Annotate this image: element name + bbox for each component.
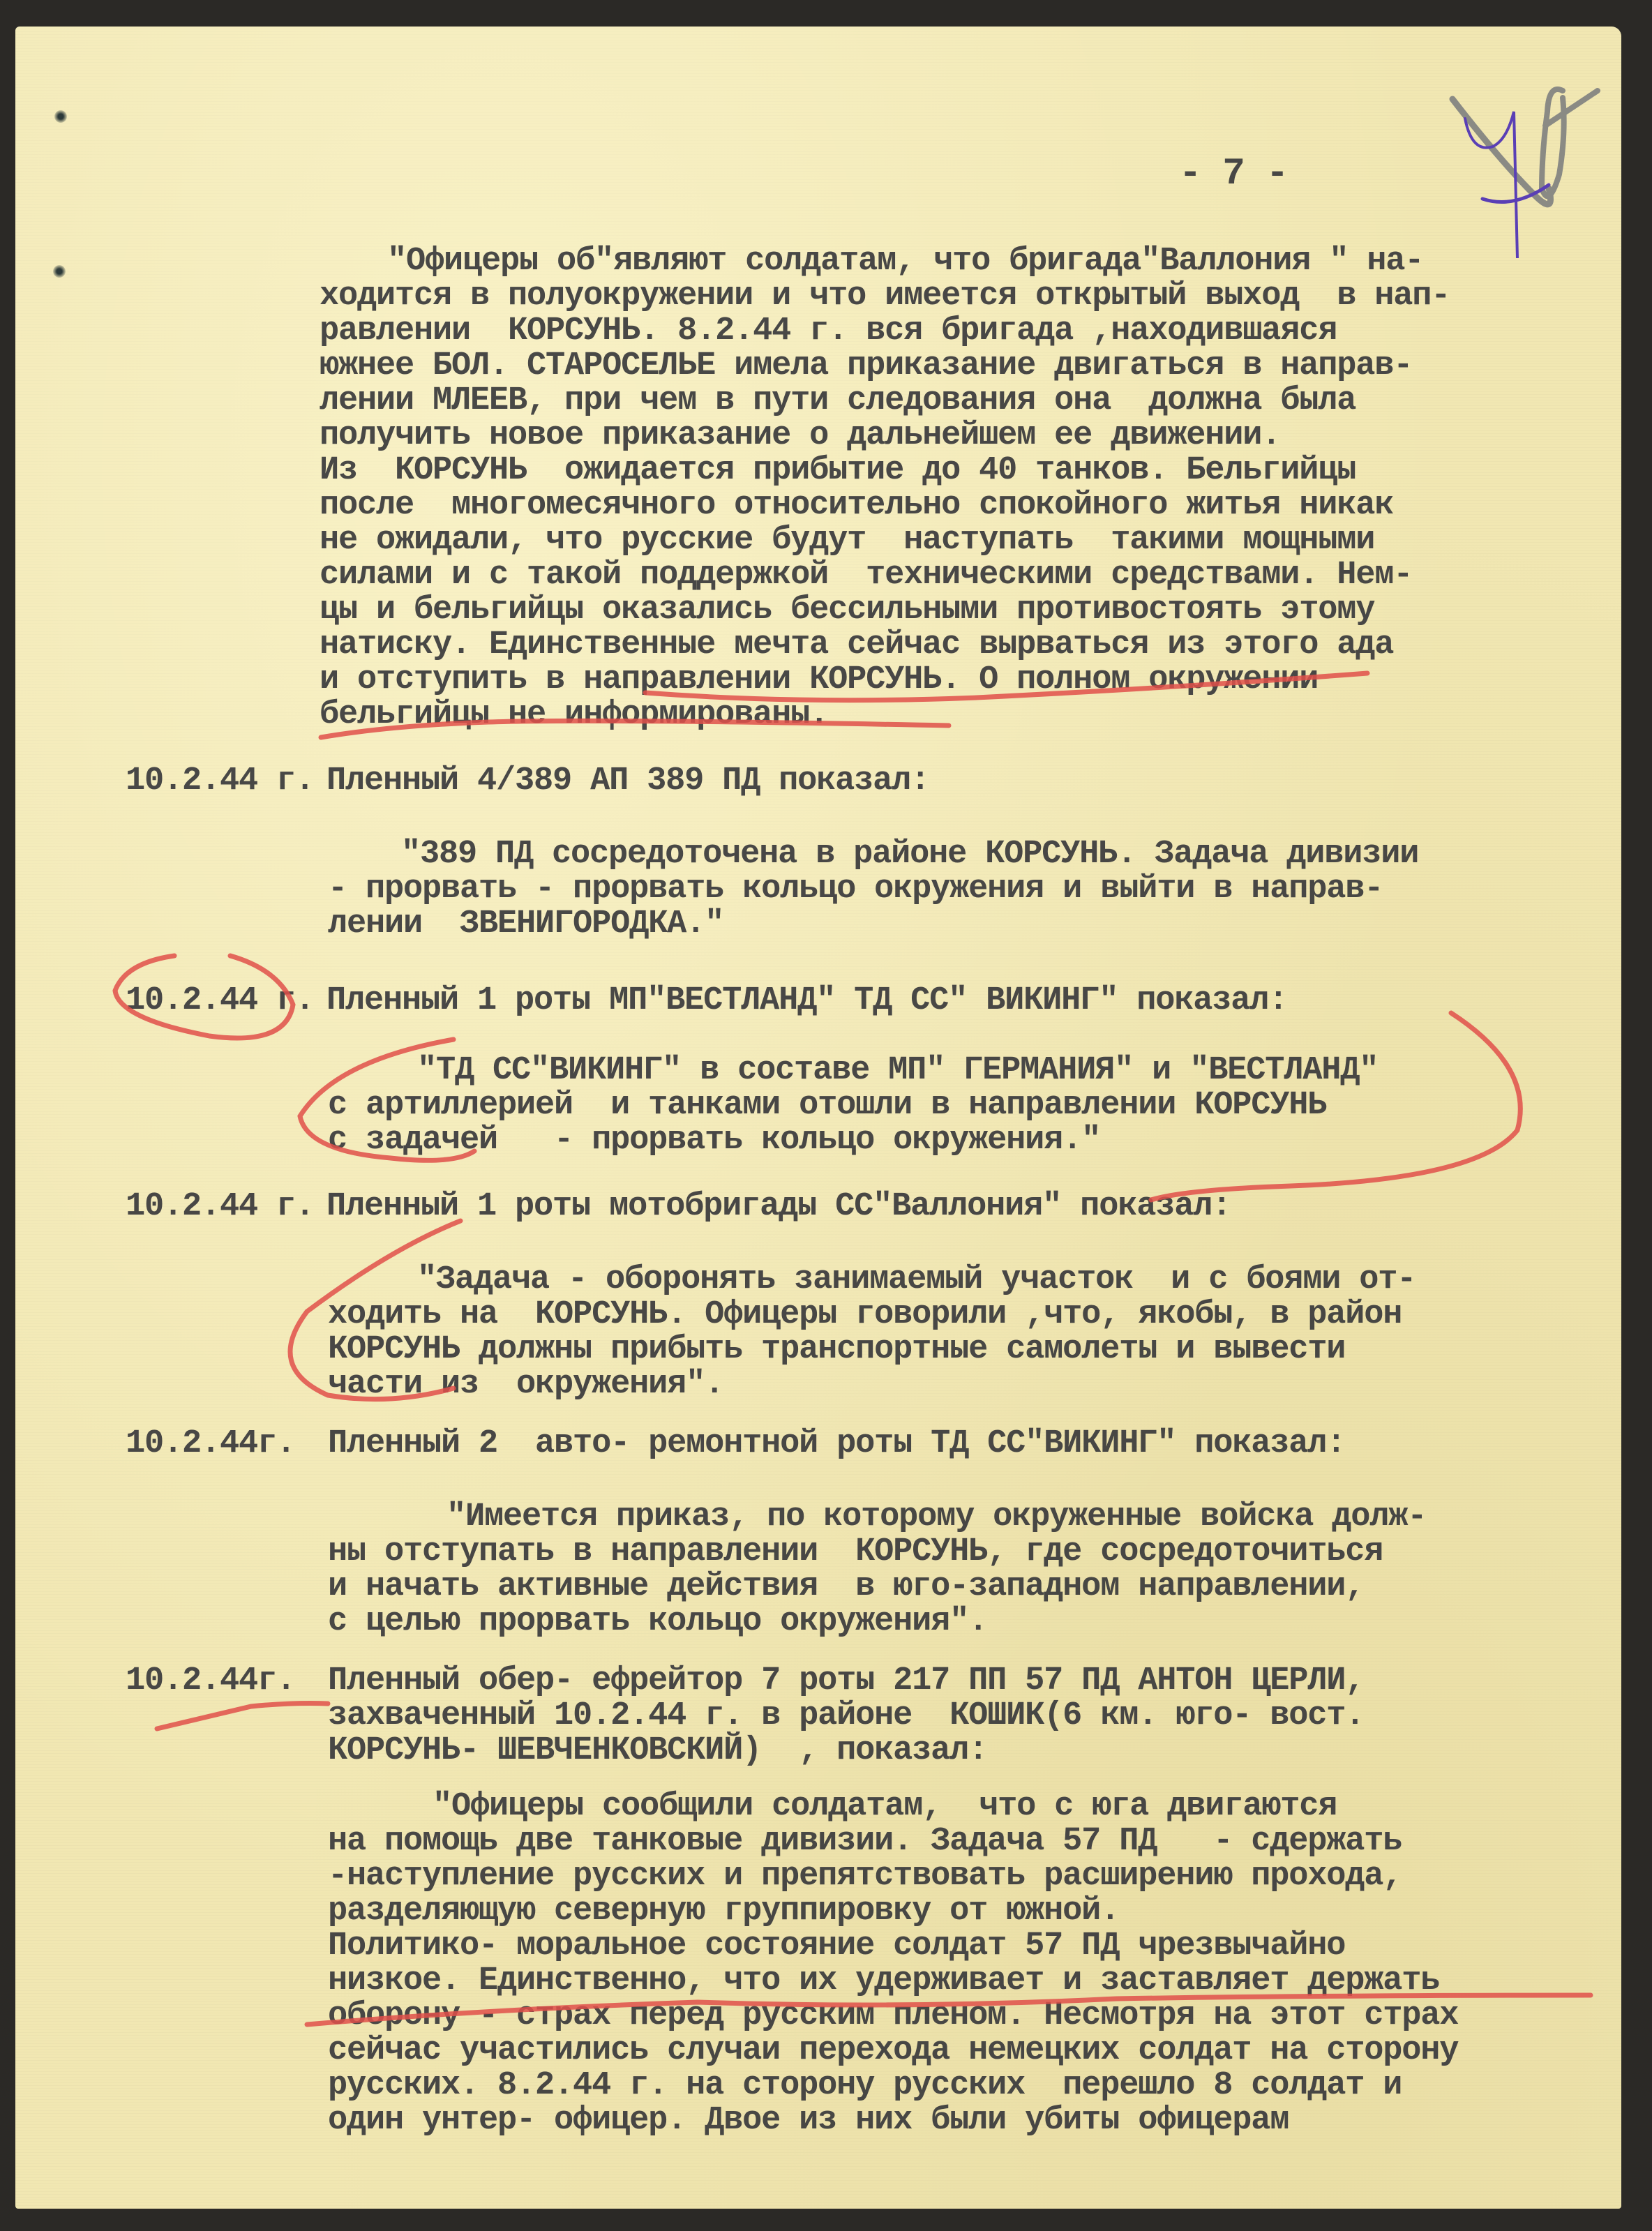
quote-line: оборону - страх перед русским пленом. Не… <box>328 1999 1458 2033</box>
entry-date: 10.2.44 г. <box>126 984 314 1018</box>
entry-date: 10.2.44 г. <box>126 764 314 798</box>
entry-date: 10.2.44 г. <box>126 1189 314 1224</box>
quote-line: "389 ПД сосредоточена в районе КОРСУНЬ. … <box>401 837 1418 871</box>
intro-line: и отступить в направлении КОРСУНЬ. О пол… <box>320 663 1318 697</box>
entry-header-line: захваченный 10.2.44 г. в районе КОШИК(6 … <box>328 1699 1364 1733</box>
quote-line: ны отступать в направлении КОРСУНЬ, где … <box>328 1535 1383 1569</box>
entry-header: Пленный 2 авто- ремонтной роты ТД СС"ВИК… <box>328 1427 1345 1461</box>
quote-line: "Офицеры сообщили солдатам, что с юга дв… <box>433 1789 1337 1824</box>
intro-line: лении МЛЕЕВ, при чем в пути следования о… <box>320 384 1356 418</box>
quote-line: КОРСУНЬ должны прибыть транспортные само… <box>328 1332 1345 1367</box>
quote-line: разделяющую северную группировку от южно… <box>328 1894 1119 1928</box>
intro-line: бельгийцы не информированы. <box>320 698 828 732</box>
intro-line: Из КОРСУНЬ ожидается прибытие до 40 танк… <box>320 453 1356 488</box>
quote-line: с целью прорвать кольцо окружения". <box>328 1605 987 1639</box>
punch-hole-middle <box>53 265 66 278</box>
intro-line: получить новое приказание о дальнейшем е… <box>320 419 1280 453</box>
entry-header: Пленный 4/389 АП 389 ПД показал: <box>326 764 929 798</box>
entry-header-line: КОРСУНЬ- ШЕВЧЕНКОВСКИЙ) , показал: <box>328 1734 987 1768</box>
intro-line: южнее БОЛ. СТАРОСЕЛЬЕ имела приказание д… <box>320 349 1412 383</box>
intro-line: равлении КОРСУНЬ. 8.2.44 г. вся бригада … <box>320 314 1337 348</box>
entry-header: Пленный 1 роты МП"ВЕСТЛАНД" ТД СС" ВИКИН… <box>326 984 1287 1018</box>
quote-line: "ТД СС"ВИКИНГ" в составе МП" ГЕРМАНИЯ" и… <box>417 1053 1378 1088</box>
quote-line: сейчас участились случаи перехода немецк… <box>328 2034 1458 2068</box>
entry-date: 10.2.44г. <box>126 1427 295 1461</box>
quote-line: части из окружения". <box>328 1367 723 1402</box>
entry-header: Пленный 1 роты мотобригады СС"Валлония" … <box>326 1189 1231 1224</box>
intro-line: цы и бельгийцы оказались бессильными про… <box>320 593 1374 627</box>
entry-header-line: Пленный обер- ефрейтор 7 роты 217 ПП 57 … <box>328 1664 1364 1698</box>
quote-line: "Задача - оборонять занимаемый участок и… <box>417 1263 1416 1297</box>
quote-line: -наступление русских и препятствовать ра… <box>328 1859 1402 1893</box>
quote-line: ходить на КОРСУНЬ. Офицеры говорили ,что… <box>328 1298 1402 1332</box>
punch-hole-top <box>54 110 67 123</box>
quote-line: на помощь две танковые дивизии. Задача 5… <box>328 1824 1402 1858</box>
entry-date: 10.2.44г. <box>126 1664 295 1698</box>
quote-line: лении ЗВЕНИГОРОДКА." <box>328 907 723 941</box>
intro-line: ходится в полуокружении и что имеется от… <box>320 279 1450 313</box>
quote-line: один унтер- офицер. Двое из них были уби… <box>328 2103 1289 2138</box>
intro-line: "Офицеры об"являют солдатам, что бригада… <box>387 244 1423 278</box>
quote-line: русских. 8.2.44 г. на сторону русских пе… <box>328 2068 1402 2103</box>
intro-line: силами и с такой поддержкой техническими… <box>320 558 1412 592</box>
quote-line: и начать активные действия в юго-западно… <box>328 1570 1364 1604</box>
quote-line: - прорвать - прорвать кольцо окружения и… <box>328 872 1383 906</box>
quote-line: низкое. Единственно, что их удерживает и… <box>328 1964 1439 1998</box>
intro-line: натиску. Единственные мечта сейчас вырва… <box>320 628 1393 662</box>
quote-line: с артиллерией и танками отошли в направл… <box>328 1088 1326 1122</box>
quote-line: с задачей - прорвать кольцо окружения." <box>328 1123 1100 1157</box>
quote-line: Политико- моральное состояние солдат 57 … <box>328 1929 1345 1963</box>
intro-line: после многомесячного относительно спокой… <box>320 488 1393 523</box>
page-number: - 7 - <box>1179 157 1288 191</box>
intro-line: не ожидали, что русские будут наступать … <box>320 523 1374 557</box>
quote-line: "Имеется приказ, по которому окруженные … <box>446 1500 1426 1534</box>
